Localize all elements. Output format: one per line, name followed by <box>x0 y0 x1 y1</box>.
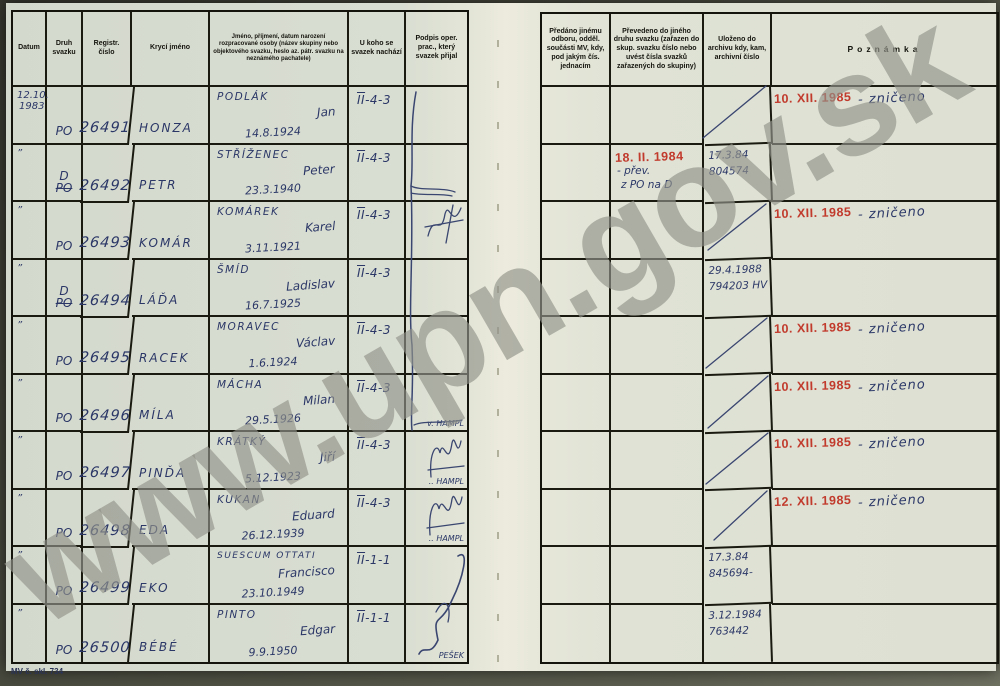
cell-kryci-jmeno: LÁĎA <box>132 260 210 318</box>
date-stamp: 10. XII. 1985 <box>774 90 852 106</box>
cell-u-koho: II-4-3 <box>349 432 406 490</box>
cell-u-koho: II-4-3 <box>349 260 406 318</box>
cell-druh-svazku: DPO <box>47 260 83 318</box>
cell-registr-cislo: 26498 <box>80 490 135 548</box>
cell-jmeno: PODLÁKJan14.8.1924 <box>210 87 349 145</box>
cell-predano <box>542 87 611 145</box>
cell-poznamka <box>772 547 997 605</box>
left-ledger-table: Datum Druh svazku Registr. číslo Krycí j… <box>11 10 469 664</box>
cell-jmeno: KOMÁREKKarel3.11.1921 <box>210 202 349 260</box>
cell-datum: ” <box>13 547 47 605</box>
cell-u-koho: II-1-1 <box>349 547 406 605</box>
cell-predano <box>542 605 611 663</box>
cell-druh-svazku: DPO <box>47 145 83 203</box>
cell-registr-cislo: 26494 <box>80 260 135 318</box>
col-header-u-koho: U koho se svazek nachází <box>349 12 406 87</box>
cell-kryci-jmeno: KOMÁR <box>132 202 210 260</box>
cell-podpis <box>406 145 467 203</box>
cell-datum: ” <box>13 490 47 548</box>
cell-podpis: PEŠEK <box>406 605 467 663</box>
cell-druh-svazku: PO <box>47 432 83 490</box>
cell-druh-svazku: PO <box>47 490 83 548</box>
cell-prevedeno <box>611 547 704 605</box>
cell-podpis <box>406 87 467 145</box>
col-header-poznamka: Poznámka <box>772 14 997 87</box>
cell-druh-svazku: PO <box>47 547 83 605</box>
cell-poznamka <box>772 145 997 203</box>
cell-kryci-jmeno: MÍLA <box>132 375 210 433</box>
scanned-ledger-spread: Datum Druh svazku Registr. číslo Krycí j… <box>0 0 1000 686</box>
cell-poznamka: 10. XII. 1985- zničeno <box>772 87 997 145</box>
cell-prevedeno <box>611 202 704 260</box>
cell-registr-cislo: 26492 <box>80 145 135 203</box>
cell-registr-cislo: 26493 <box>80 202 135 260</box>
cell-ulozeno <box>703 488 773 548</box>
cell-datum: ” <box>13 317 47 375</box>
cell-prevedeno: 18. II. 1984- přev.z PO na D <box>611 145 704 203</box>
cell-predano <box>542 260 611 318</box>
form-number: MV č. skl. 734 <box>11 667 63 676</box>
cell-predano <box>542 547 611 605</box>
col-header-ulozeno: Uloženo do archivu kdy, kam, archivní čí… <box>704 14 772 87</box>
cell-u-koho: II-4-3 <box>349 317 406 375</box>
cell-predano <box>542 317 611 375</box>
cell-ulozeno <box>703 86 773 146</box>
date-stamp: 12. XII. 1985 <box>774 492 852 508</box>
cell-predano <box>542 490 611 548</box>
cell-podpis: .. HAMPL <box>406 490 467 548</box>
cell-predano <box>542 202 611 260</box>
cell-ulozeno: 3.12.1984763442 <box>703 603 773 663</box>
col-header-datum: Datum <box>13 12 47 87</box>
cell-prevedeno <box>611 605 704 663</box>
cell-druh-svazku: PO <box>47 202 83 260</box>
date-stamp: 10. XII. 1985 <box>774 377 852 393</box>
cell-jmeno: MORAVECVáclav1.6.1924 <box>210 317 349 375</box>
cell-kryci-jmeno: BÉBÉ <box>132 605 210 663</box>
binding-fold <box>497 6 499 662</box>
cell-druh-svazku: PO <box>47 87 83 145</box>
cell-poznamka <box>772 605 997 663</box>
cell-jmeno: PINTOEdgar9.9.1950 <box>210 605 349 663</box>
cell-predano <box>542 432 611 490</box>
cell-u-koho: II-4-3 <box>349 490 406 548</box>
cell-kryci-jmeno: EKO <box>132 547 210 605</box>
date-stamp: 10. XII. 1985 <box>774 320 852 336</box>
cell-u-koho: II-4-3 <box>349 87 406 145</box>
cell-poznamka: 10. XII. 1985- zničeno <box>772 375 997 433</box>
cell-prevedeno <box>611 432 704 490</box>
cell-u-koho: II-4-3 <box>349 145 406 203</box>
cell-kryci-jmeno: HONZA <box>132 87 210 145</box>
cell-ulozeno <box>703 431 773 491</box>
cell-registr-cislo: 26496 <box>80 375 135 433</box>
cell-podpis: .. HAMPL <box>406 432 467 490</box>
cell-datum: ” <box>13 260 47 318</box>
cell-podpis <box>406 260 467 318</box>
cell-datum: ” <box>13 432 47 490</box>
cell-poznamka: 10. XII. 1985- zničeno <box>772 432 997 490</box>
date-stamp: 10. XII. 1985 <box>774 205 852 221</box>
cell-u-koho: II-1-1 <box>349 605 406 663</box>
cell-podpis <box>406 202 467 260</box>
cell-prevedeno <box>611 375 704 433</box>
cell-podpis <box>406 547 467 605</box>
cell-datum: ” <box>13 375 47 433</box>
cell-ulozeno <box>703 201 773 261</box>
cell-kryci-jmeno: PETR <box>132 145 210 203</box>
cell-registr-cislo: 26495 <box>80 317 135 375</box>
cell-poznamka: 12. XII. 1985- zničeno <box>772 490 997 548</box>
cell-jmeno: STŘÍŽENECPeter23.3.1940 <box>210 145 349 203</box>
right-ledger-table: Předáno jinému odboru, odděl. součásti M… <box>540 12 999 664</box>
cell-kryci-jmeno: EDA <box>132 490 210 548</box>
cell-ulozeno <box>703 316 773 376</box>
cell-datum: ” <box>13 605 47 663</box>
cell-jmeno: ŠMÍDLadislav16.7.1925 <box>210 260 349 318</box>
cell-poznamka: 10. XII. 1985- zničeno <box>772 202 997 260</box>
cell-jmeno: KRÁTKÝJiří5.12.1923 <box>210 432 349 490</box>
cell-datum: ” <box>13 145 47 203</box>
cell-datum: 12.10.1983 <box>13 87 47 145</box>
cell-prevedeno <box>611 490 704 548</box>
date-stamp: 18. II. 1984 <box>615 148 684 166</box>
col-header-druh-svazku: Druh svazku <box>47 12 83 87</box>
cell-ulozeno: 17.3.84804574 <box>703 143 773 203</box>
cell-prevedeno <box>611 260 704 318</box>
cell-registr-cislo: 26491 <box>80 87 135 145</box>
cell-podpis: v. HAMPL <box>406 375 467 433</box>
cell-ulozeno: 17.3.84845694- <box>703 546 773 606</box>
cell-druh-svazku: PO <box>47 375 83 433</box>
cell-jmeno: MÁCHAMilan29.5.1926 <box>210 375 349 433</box>
col-header-kryci-jmeno: Krycí jméno <box>132 12 210 87</box>
cell-druh-svazku: PO <box>47 605 83 663</box>
date-stamp: 10. XII. 1985 <box>774 435 852 451</box>
col-header-jmeno: Jméno, příjmení, datum narození rozpraco… <box>210 12 349 87</box>
cell-prevedeno <box>611 87 704 145</box>
cell-registr-cislo: 26500 <box>80 605 135 663</box>
cell-podpis <box>406 317 467 375</box>
cell-jmeno: KUKANEduard26.12.1939 <box>210 490 349 548</box>
cell-registr-cislo: 26499 <box>80 547 135 605</box>
cell-ulozeno: 29.4.1988794203 HV <box>703 258 773 318</box>
cell-poznamka: 10. XII. 1985- zničeno <box>772 317 997 375</box>
cell-druh-svazku: PO <box>47 317 83 375</box>
col-header-podpis: Podpis oper. prac., který svazek přijal <box>406 12 467 87</box>
cell-poznamka <box>772 260 997 318</box>
cell-registr-cislo: 26497 <box>80 432 135 490</box>
cell-datum: ” <box>13 202 47 260</box>
cell-kryci-jmeno: PINĎA <box>132 432 210 490</box>
col-header-prevedeno: Převedeno do jiného druhu svazku (zařaze… <box>611 14 704 87</box>
cell-ulozeno <box>703 373 773 433</box>
cell-predano <box>542 375 611 433</box>
cell-jmeno: SUESCUM OTTATIFrancisco23.10.1949 <box>210 547 349 605</box>
cell-predano <box>542 145 611 203</box>
cell-u-koho: II-4-3 <box>349 375 406 433</box>
cell-prevedeno <box>611 317 704 375</box>
col-header-predano: Předáno jinému odboru, odděl. součásti M… <box>542 14 611 87</box>
col-header-registr-cislo: Registr. číslo <box>83 12 132 87</box>
cell-u-koho: II-4-3 <box>349 202 406 260</box>
cell-kryci-jmeno: RACEK <box>132 317 210 375</box>
